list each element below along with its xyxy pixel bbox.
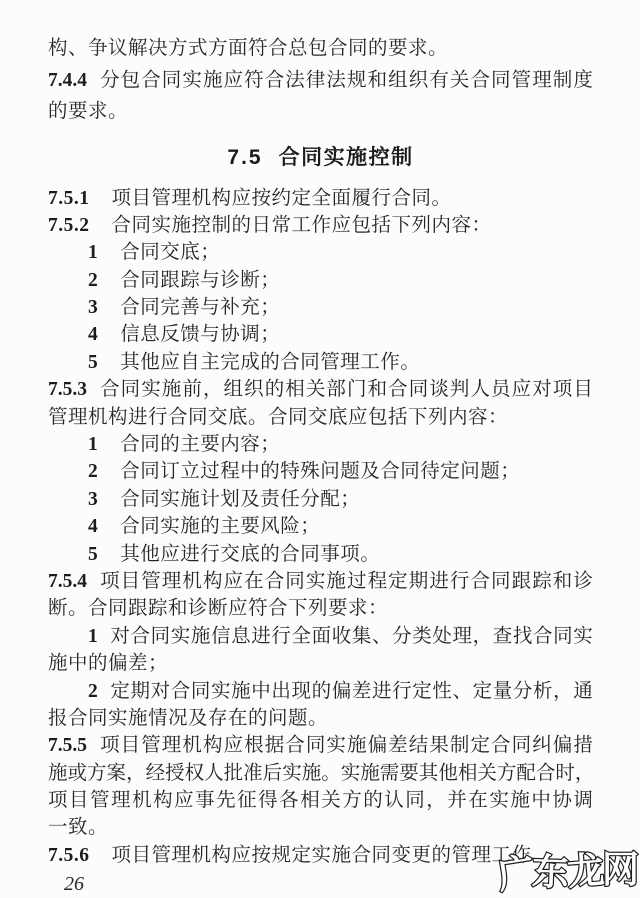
glyph: 现 bbox=[291, 678, 311, 705]
glyph: 对 bbox=[151, 678, 171, 705]
glyph: 踪 bbox=[532, 568, 552, 595]
section-heading-number: 7.5 bbox=[227, 146, 262, 169]
glyph: 对 bbox=[110, 623, 130, 650]
line-text: 合同实施的主要风险； bbox=[120, 516, 320, 537]
glyph: 期 bbox=[409, 568, 429, 595]
list-item-line: 4信息反馈与协调； bbox=[48, 321, 593, 348]
glyph: 他 bbox=[438, 760, 458, 787]
glyph: 和 bbox=[553, 568, 573, 595]
glyph: 关 bbox=[450, 65, 470, 97]
glyph: 应 bbox=[224, 568, 244, 595]
glyph: 应 bbox=[224, 732, 244, 759]
list-item-number: 1 bbox=[88, 623, 110, 650]
glyph: 行 bbox=[271, 623, 291, 650]
glyph: 期 bbox=[130, 678, 150, 705]
glyph: 同 bbox=[162, 65, 182, 97]
line-text: 合同的主要内容； bbox=[120, 434, 280, 455]
glyph: 同 bbox=[512, 732, 532, 759]
glyph: 目 bbox=[121, 732, 141, 759]
glyph: 差 bbox=[388, 732, 408, 759]
watermark-char: 网 bbox=[602, 839, 639, 893]
glyph: 面 bbox=[312, 623, 332, 650]
glyph: 相 bbox=[285, 376, 305, 403]
watermark-char: 东 bbox=[531, 841, 570, 896]
list-item-number: 4 bbox=[88, 516, 98, 537]
clause-text: 合同实施控制的日常工作应包括下列内容： bbox=[112, 215, 492, 236]
line-text: 施中的偏差； bbox=[48, 653, 168, 674]
list-item-line: 2合同订立过程中的特殊问题及合同待定问题； bbox=[48, 458, 593, 485]
glyph: 应 bbox=[174, 787, 194, 814]
glyph: 理 bbox=[162, 732, 182, 759]
line-text: 的要求。 bbox=[48, 101, 128, 122]
glyph: 施 bbox=[191, 623, 211, 650]
list-item-line: 4合同实施的主要风险； bbox=[48, 513, 593, 540]
text-line: 管理机构进行合同交底。合同交底应包括下列内容： bbox=[48, 404, 593, 431]
clause-number: 7.5.2 bbox=[48, 215, 90, 236]
page-number: 26 bbox=[64, 873, 84, 896]
glyph: 相 bbox=[300, 787, 320, 814]
glyph: 定 bbox=[412, 678, 432, 705]
text-line: 项目管理机构应事先征得各相关方的认同，并在实施中协调 bbox=[48, 787, 593, 814]
glyph: 定 bbox=[473, 678, 493, 705]
line-text: 合同交底； bbox=[120, 242, 220, 263]
glyph: 合 bbox=[470, 568, 490, 595]
glyph: 同 bbox=[151, 623, 171, 650]
glyph: 合 bbox=[171, 678, 191, 705]
glyph: 措 bbox=[573, 732, 593, 759]
glyph: 机 bbox=[182, 568, 202, 595]
glyph: 事 bbox=[195, 787, 215, 814]
glyph: 法 bbox=[326, 65, 346, 97]
glyph: 分 bbox=[392, 623, 412, 650]
glyph: 关 bbox=[477, 760, 497, 787]
glyph: 方 bbox=[497, 760, 517, 787]
glyph: ， bbox=[553, 678, 573, 705]
glyph: 应 bbox=[512, 376, 532, 403]
line-text: 一致。 bbox=[48, 817, 108, 838]
glyph: 案 bbox=[107, 760, 127, 787]
glyph: 后 bbox=[263, 760, 283, 787]
glyph: 施 bbox=[162, 376, 182, 403]
glyph: 的 bbox=[312, 678, 332, 705]
clause-text: 项目管理机构应按约定全面履行合同。 bbox=[112, 188, 452, 209]
glyph: 根 bbox=[244, 732, 264, 759]
glyph: 施 bbox=[326, 568, 346, 595]
glyph: 定 bbox=[388, 568, 408, 595]
glyph: 实 bbox=[306, 568, 326, 595]
glyph: 的 bbox=[363, 787, 383, 814]
glyph: 方 bbox=[87, 760, 107, 787]
glyph: 定 bbox=[110, 678, 130, 705]
glyph: 的 bbox=[265, 376, 285, 403]
glyph: 理 bbox=[452, 623, 472, 650]
glyph: 程 bbox=[368, 568, 388, 595]
glyph: 集 bbox=[352, 623, 372, 650]
list-item-number: 1 bbox=[88, 434, 98, 455]
glyph: 关 bbox=[321, 787, 341, 814]
glyph: 施 bbox=[231, 678, 251, 705]
glyph: 协 bbox=[552, 787, 572, 814]
watermark: 广东龙网 bbox=[498, 839, 640, 898]
clause-number: 7.5.3 bbox=[48, 376, 99, 403]
glyph: 施 bbox=[360, 760, 380, 787]
glyph: 据 bbox=[265, 732, 285, 759]
glyph: 判 bbox=[450, 376, 470, 403]
list-item-number: 1 bbox=[88, 242, 98, 263]
glyph: 实 bbox=[282, 760, 302, 787]
glyph: 类 bbox=[412, 623, 432, 650]
glyph: ， bbox=[473, 623, 493, 650]
glyph: 纠 bbox=[532, 732, 552, 759]
glyph: 得 bbox=[258, 787, 278, 814]
glyph: 批 bbox=[224, 760, 244, 787]
line-text: 合同订立过程中的特殊问题及合同待定问题； bbox=[120, 461, 520, 482]
glyph: 部 bbox=[326, 376, 346, 403]
list-item-number: 5 bbox=[88, 544, 98, 565]
glyph: 织 bbox=[409, 65, 429, 97]
glyph: 出 bbox=[271, 678, 291, 705]
glyph: 施 bbox=[510, 787, 530, 814]
glyph: ， bbox=[203, 376, 223, 403]
glyph: 实 bbox=[326, 732, 346, 759]
glyph: 各 bbox=[279, 787, 299, 814]
glyph: 并 bbox=[447, 787, 467, 814]
glyph: 理 bbox=[532, 65, 552, 97]
glyph: 合 bbox=[388, 376, 408, 403]
clause-line: 7.5.4项目管理机构应在合同实施过程定期进行合同跟踪和诊 bbox=[48, 568, 593, 595]
glyph: 同 bbox=[285, 568, 305, 595]
glyph: 构 bbox=[153, 787, 173, 814]
glyph: 全 bbox=[291, 623, 311, 650]
clause-number: 7.5.1 bbox=[48, 188, 90, 209]
glyph: 制 bbox=[450, 732, 470, 759]
clause-line: 7.5.2合同实施控制的日常工作应包括下列内容： bbox=[48, 212, 593, 239]
glyph: 实 bbox=[211, 678, 231, 705]
glyph: 目 bbox=[69, 787, 89, 814]
line-text: 报合同实施情况及存在的问题。 bbox=[48, 708, 328, 729]
glyph: 同 bbox=[306, 732, 326, 759]
glyph: 合 bbox=[536, 760, 556, 787]
clause-number: 7.4.4 bbox=[48, 65, 99, 97]
glyph: 同 bbox=[121, 376, 141, 403]
list-item-line: 1合同的主要内容； bbox=[48, 431, 593, 458]
glyph: 理 bbox=[162, 568, 182, 595]
glyph: ， bbox=[126, 760, 146, 787]
glyph: 同 bbox=[405, 787, 425, 814]
clause-number: 7.5.5 bbox=[48, 732, 99, 759]
glyph: 实 bbox=[171, 623, 191, 650]
glyph: 进 bbox=[372, 678, 392, 705]
glyph: 在 bbox=[468, 787, 488, 814]
glyph: 中 bbox=[531, 787, 551, 814]
glyph: 信 bbox=[211, 623, 231, 650]
list-item-line: 2合同跟踪与诊断； bbox=[48, 267, 593, 294]
glyph: 员 bbox=[491, 376, 511, 403]
list-item-number: 2 bbox=[88, 270, 98, 291]
list-item-number: 5 bbox=[88, 352, 98, 373]
line-text: 构、争议解决方式方面符合总包合同的要求。 bbox=[48, 38, 448, 59]
glyph: 要 bbox=[399, 760, 419, 787]
glyph: 对 bbox=[532, 376, 552, 403]
glyph: 息 bbox=[231, 623, 251, 650]
glyph: 、 bbox=[372, 623, 392, 650]
document-content: 构、争议解决方式方面符合总包合同的要求。7.4.4分包合同实施应符合法律法规和组… bbox=[48, 33, 593, 869]
list-item-number: 3 bbox=[88, 489, 98, 510]
glyph: 同 bbox=[553, 623, 573, 650]
glyph: 调 bbox=[573, 787, 593, 814]
glyph: 施 bbox=[203, 65, 223, 97]
line-text: 断。合同跟踪和诊断应符合下列要求： bbox=[48, 598, 388, 619]
glyph: 或 bbox=[68, 760, 88, 787]
glyph: 律 bbox=[306, 65, 326, 97]
line-text: 其他应自主完成的合同管理工作。 bbox=[120, 352, 420, 373]
line-text: 合同完善与补充； bbox=[120, 297, 280, 318]
glyph: 、 bbox=[452, 678, 472, 705]
glyph: 法 bbox=[285, 65, 305, 97]
clause-number: 7.5.4 bbox=[48, 568, 99, 595]
watermark-char: 龙 bbox=[565, 839, 607, 896]
clause-text: 项目管理机构应按规定实施合同变更的管理工作 bbox=[112, 845, 532, 866]
glyph: 果 bbox=[429, 732, 449, 759]
glyph: 方 bbox=[342, 787, 362, 814]
glyph: 收 bbox=[332, 623, 352, 650]
glyph: 人 bbox=[470, 376, 490, 403]
glyph: 先 bbox=[216, 787, 236, 814]
section-heading: 7.5合同实施控制 bbox=[48, 144, 593, 172]
glyph: 配 bbox=[516, 760, 536, 787]
list-item-line: 5其他应自主完成的合同管理工作。 bbox=[48, 349, 593, 376]
glyph: 构 bbox=[203, 732, 223, 759]
glyph: 管 bbox=[90, 787, 110, 814]
glyph: 通 bbox=[573, 678, 593, 705]
glyph: 谈 bbox=[429, 376, 449, 403]
glyph: 制 bbox=[553, 65, 573, 97]
glyph: 施 bbox=[302, 760, 322, 787]
glyph: 同 bbox=[491, 65, 511, 97]
glyph: 符 bbox=[244, 65, 264, 97]
glyph: 跟 bbox=[512, 568, 532, 595]
glyph: 理 bbox=[111, 787, 131, 814]
clause-line: 7.4.4分包合同实施应符合法律法规和组织有关合同管理制度 bbox=[48, 65, 593, 97]
glyph: 认 bbox=[384, 787, 404, 814]
glyph: 定 bbox=[470, 732, 490, 759]
glyph: 实 bbox=[341, 760, 361, 787]
glyph: 管 bbox=[512, 65, 532, 97]
glyph: 偏 bbox=[368, 732, 388, 759]
glyph: 度 bbox=[573, 65, 593, 97]
glyph: 实 bbox=[573, 623, 593, 650]
glyph: 合 bbox=[491, 732, 511, 759]
glyph: 征 bbox=[237, 787, 257, 814]
glyph: 目 bbox=[573, 376, 593, 403]
glyph: 施 bbox=[48, 760, 68, 787]
glyph: 管 bbox=[141, 732, 161, 759]
glyph: 项 bbox=[553, 376, 573, 403]
clause-line: 7.5.3合同实施前，组织的相关部门和合同谈判人员应对项目 bbox=[48, 376, 593, 403]
list-item-number: 2 bbox=[88, 461, 98, 482]
clause-line: 7.5.1项目管理机构应按约定全面履行合同。 bbox=[48, 185, 593, 212]
glyph: 合 bbox=[130, 623, 150, 650]
glyph: 合 bbox=[470, 65, 490, 97]
glyph: 量 bbox=[493, 678, 513, 705]
glyph: 组 bbox=[388, 65, 408, 97]
glyph: 织 bbox=[244, 376, 264, 403]
line-text: 合同实施计划及责任分配； bbox=[120, 489, 360, 510]
glyph: 应 bbox=[224, 65, 244, 97]
glyph: 目 bbox=[121, 568, 141, 595]
list-item-number: 2 bbox=[88, 678, 110, 705]
glyph: 中 bbox=[251, 678, 271, 705]
glyph: 过 bbox=[347, 568, 367, 595]
glyph: 合 bbox=[533, 623, 553, 650]
glyph: 和 bbox=[368, 376, 388, 403]
glyph: 诊 bbox=[573, 568, 593, 595]
clause-line: 7.5.5项目管理机构应根据合同实施偏差结果制定合同纠偏措 bbox=[48, 732, 593, 759]
list-item-number: 4 bbox=[88, 324, 98, 345]
glyph: 需 bbox=[380, 760, 400, 787]
glyph: 有 bbox=[429, 65, 449, 97]
text-line: 施或方案，经授权人批准后实施。实施需要其他相关方配合时， bbox=[48, 760, 593, 787]
glyph: 结 bbox=[409, 732, 429, 759]
glyph: 实 bbox=[141, 376, 161, 403]
glyph: 准 bbox=[243, 760, 263, 787]
text-line: 报合同实施情况及存在的问题。 bbox=[48, 705, 593, 732]
glyph: 其 bbox=[419, 760, 439, 787]
glyph: 机 bbox=[132, 787, 152, 814]
glyph: 机 bbox=[182, 732, 202, 759]
glyph: 合 bbox=[285, 732, 305, 759]
glyph: 管 bbox=[141, 568, 161, 595]
glyph: 构 bbox=[203, 568, 223, 595]
glyph: 前 bbox=[182, 376, 202, 403]
glyph: 合 bbox=[265, 568, 285, 595]
glyph: 行 bbox=[392, 678, 412, 705]
text-line: 构、争议解决方式方面符合总包合同的要求。 bbox=[48, 33, 593, 65]
line-text: 其他应进行交底的合同事项。 bbox=[120, 544, 380, 565]
glyph: 权 bbox=[185, 760, 205, 787]
text-line: 一致。 bbox=[48, 814, 593, 841]
line-text: 信息反馈与协调； bbox=[120, 324, 280, 345]
glyph: 。 bbox=[321, 760, 341, 787]
glyph: 在 bbox=[244, 568, 264, 595]
glyph: 差 bbox=[352, 678, 372, 705]
list-item-line: 1对合同实施信息进行全面收集、分类处理，查找合同实 bbox=[48, 623, 593, 650]
glyph: 同 bbox=[191, 678, 211, 705]
line-text: 合同跟踪与诊断； bbox=[120, 270, 280, 291]
list-item-line: 3合同实施计划及责任分配； bbox=[48, 486, 593, 513]
glyph: 实 bbox=[182, 65, 202, 97]
glyph: 组 bbox=[224, 376, 244, 403]
section-heading-title: 合同实施控制 bbox=[279, 146, 414, 169]
list-item-line: 3合同完善与补充； bbox=[48, 294, 593, 321]
glyph: 人 bbox=[204, 760, 224, 787]
glyph: 包 bbox=[121, 65, 141, 97]
glyph: 分 bbox=[513, 678, 533, 705]
text-line: 断。合同跟踪和诊断应符合下列要求： bbox=[48, 595, 593, 622]
list-item-number: 3 bbox=[88, 297, 98, 318]
glyph: 进 bbox=[429, 568, 449, 595]
glyph: ， bbox=[575, 760, 595, 787]
glyph: 处 bbox=[432, 623, 452, 650]
glyph: 偏 bbox=[553, 732, 573, 759]
document-page: 构、争议解决方式方面符合总包合同的要求。7.4.4分包合同实施应符合法律法规和组… bbox=[0, 0, 640, 898]
glyph: 性 bbox=[432, 678, 452, 705]
glyph: 经 bbox=[146, 760, 166, 787]
glyph: 实 bbox=[489, 787, 509, 814]
glyph: 同 bbox=[491, 568, 511, 595]
glyph: 关 bbox=[306, 376, 326, 403]
glyph: 施 bbox=[347, 732, 367, 759]
glyph: 找 bbox=[513, 623, 533, 650]
glyph: 合 bbox=[100, 376, 120, 403]
glyph: 项 bbox=[48, 787, 68, 814]
glyph: 相 bbox=[458, 760, 478, 787]
glyph: 时 bbox=[555, 760, 575, 787]
glyph: 和 bbox=[368, 65, 388, 97]
glyph: 授 bbox=[165, 760, 185, 787]
glyph: 同 bbox=[409, 376, 429, 403]
glyph: 项 bbox=[100, 568, 120, 595]
glyph: 合 bbox=[265, 65, 285, 97]
list-item-line: 1合同交底； bbox=[48, 239, 593, 266]
clause-number: 7.5.6 bbox=[48, 845, 90, 866]
glyph: ， bbox=[426, 787, 446, 814]
glyph: 行 bbox=[450, 568, 470, 595]
glyph: 析 bbox=[533, 678, 553, 705]
text-line: 施中的偏差； bbox=[48, 650, 593, 677]
glyph: 进 bbox=[251, 623, 271, 650]
glyph: 项 bbox=[100, 732, 120, 759]
glyph: 偏 bbox=[332, 678, 352, 705]
list-item-line: 2定期对合同实施中出现的偏差进行定性、定量分析，通 bbox=[48, 678, 593, 705]
glyph: 规 bbox=[347, 65, 367, 97]
text-line: 的要求。 bbox=[48, 96, 593, 128]
list-item-line: 5其他应进行交底的合同事项。 bbox=[48, 541, 593, 568]
glyph: 门 bbox=[347, 376, 367, 403]
glyph: 合 bbox=[141, 65, 161, 97]
glyph: 查 bbox=[493, 623, 513, 650]
line-text: 管理机构进行合同交底。合同交底应包括下列内容： bbox=[48, 407, 508, 428]
glyph: 分 bbox=[100, 65, 120, 97]
